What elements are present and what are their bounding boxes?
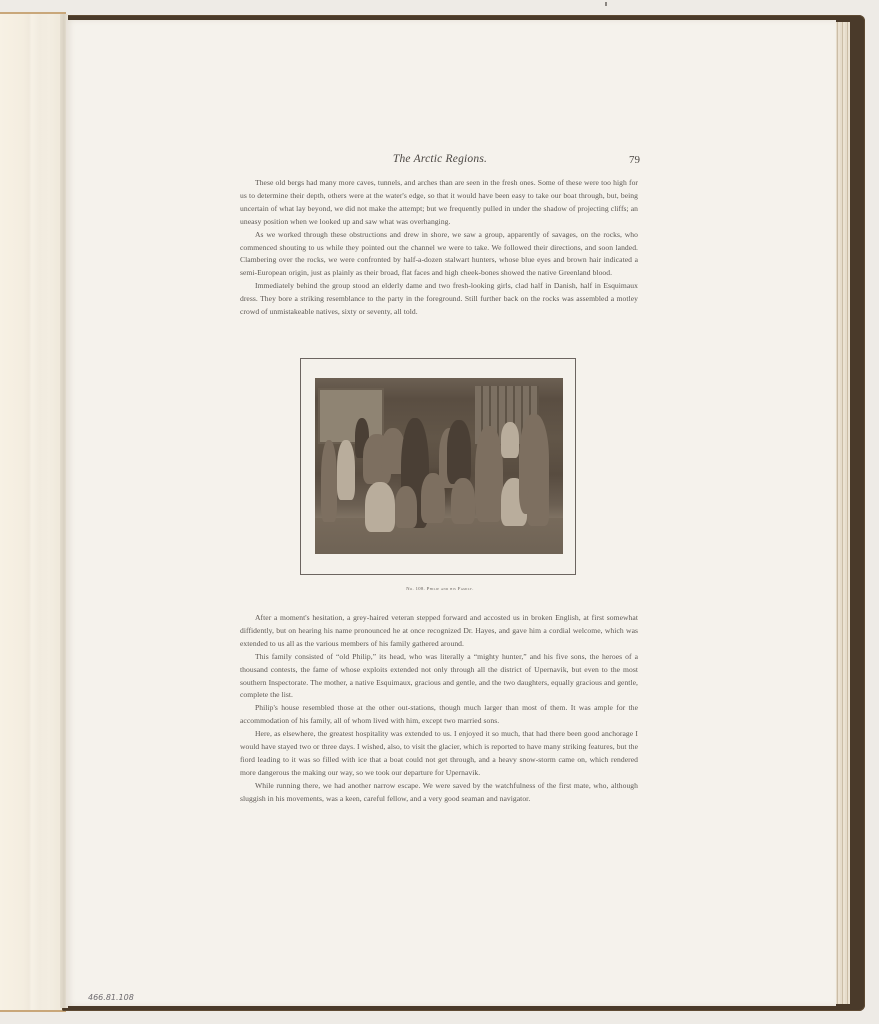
paragraph: As we worked through these obstructions … [240, 229, 638, 281]
photo-figure [395, 486, 417, 528]
photo-figure [365, 482, 395, 532]
running-title: The Arctic Regions. [230, 153, 650, 165]
left-page-edge [0, 12, 66, 1012]
body-text-top: These old bergs had many more caves, tun… [240, 177, 638, 319]
family-photograph [315, 378, 563, 554]
photo-ground [315, 518, 563, 554]
photo-figure [527, 482, 549, 526]
paragraph: These old bergs had many more caves, tun… [240, 177, 638, 229]
body-text-bottom: After a moment's hesitation, a grey-hair… [240, 612, 638, 806]
photo-figure [447, 420, 471, 484]
plate-caption: No. 108. Philip and his Family. [370, 586, 510, 591]
photo-figure [501, 422, 519, 458]
paragraph: This family consisted of “old Philip,” i… [240, 651, 638, 703]
paragraph: Immediately behind the group stood an el… [240, 280, 638, 319]
catalog-number-annotation: 466.81.108 [88, 993, 134, 1002]
photo-figure [475, 426, 503, 522]
paragraph: While running there, we had another narr… [240, 780, 638, 806]
paragraph: Here, as elsewhere, the greatest hospita… [240, 728, 638, 780]
photo-plate [300, 358, 576, 575]
page-number: 79 [629, 154, 640, 166]
photo-figure [451, 478, 475, 524]
photo-figure [321, 440, 337, 522]
scan-mark [605, 2, 607, 6]
running-head: The Arctic Regions. 79 [230, 153, 650, 169]
paragraph: After a moment's hesitation, a grey-hair… [240, 612, 638, 651]
photo-figure [337, 440, 355, 500]
paragraph: Philip's house resembled those at the ot… [240, 702, 638, 728]
